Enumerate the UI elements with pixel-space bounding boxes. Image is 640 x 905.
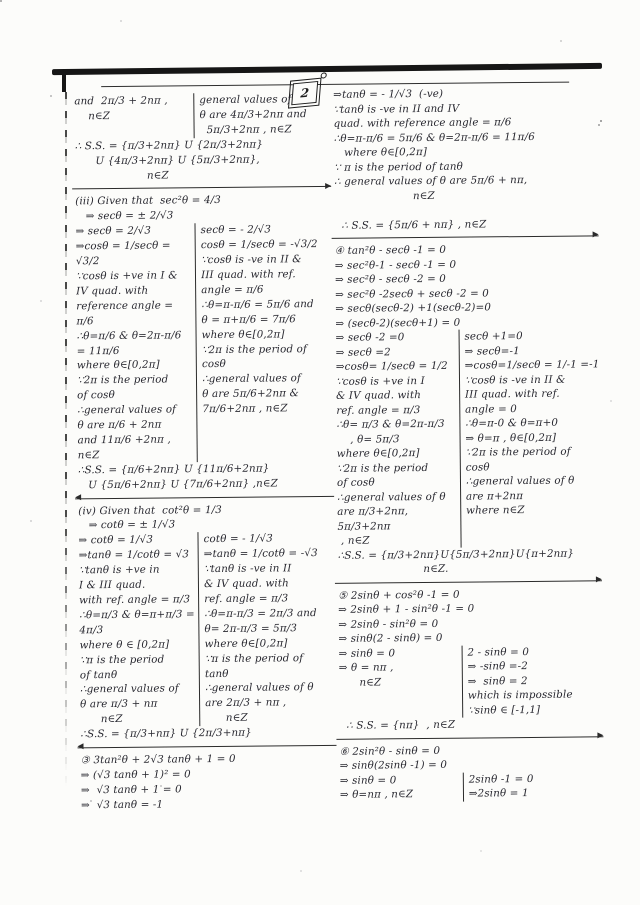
handwritten-line: where θ∈[0,2π] (202, 326, 333, 342)
case-left: ⇒ secθ -2 =0⇒ secθ =2⇒cosθ= 1/secθ = 1/2… (336, 330, 461, 549)
handwritten-line: ∵π is the period of (205, 650, 336, 666)
case-split: ⇒ secθ = 2/√3⇒cosθ = 1/secθ = √3/2∵cosθ … (75, 222, 333, 463)
case-left: ⇒ secθ = 2/√3⇒cosθ = 1/secθ = √3/2∵cosθ … (75, 223, 196, 463)
handwritten-line: ⇒2sinθ = 1 (469, 785, 604, 801)
case-split: ⇒ sinθ = 0⇒ θ = nπ , n∈Z2 - sinθ = 0⇒ -s… (339, 644, 604, 719)
handwritten-line: n∈Z (80, 711, 196, 727)
handwritten-line: where θ∈[0,2π] (205, 636, 336, 652)
handwritten-line: ∵2π is the period of (465, 444, 600, 460)
handwritten-line: ⇒tanθ = 1/cotθ = -√3 (204, 546, 335, 562)
handwritten-line: n∈Z (339, 674, 459, 690)
handwritten-line: I & III quad. (79, 577, 195, 593)
scanned-notebook-page: 2 and 2π/3 + 2nπ , n∈Zgeneral values ofθ… (0, 0, 640, 905)
handwritten-line: 2 - sinθ = 0 (467, 644, 602, 660)
handwritten-line: ∴θ=π-π/6 = 5π/6 and (201, 297, 332, 313)
handwritten-line: ref. angle = π/3 (336, 402, 456, 418)
handwritten-line: 5π/3+2nπ , n∈Z (200, 122, 331, 138)
page-content: 2 and 2π/3 + 2nπ , n∈Zgeneral values ofθ… (0, 0, 640, 905)
handwritten-line: angle = π/6 (201, 282, 332, 298)
handwritten-line: ⇒ θ=nπ , n∈Z (340, 787, 460, 803)
handwritten-line: with ref. angle = π/3 (79, 592, 195, 608)
handwritten-line: ⇒ cotθ = 1/√3 (78, 533, 194, 549)
case-right: secθ +1=0⇒ secθ=-1⇒cosθ=1/secθ = 1/-1 =-… (458, 328, 601, 547)
handwritten-line: θ are 5π/6+2nπ & (202, 386, 333, 402)
scan-noise-specks (0, 0, 2, 2)
handwritten-line: ⇒ secθ = 2/√3 (75, 223, 191, 239)
handwritten-line: ⇒ secθ -2 =0 (336, 330, 456, 346)
handwritten-line: ∵cosθ is -ve in II & (201, 252, 332, 268)
case-right: cotθ = - 1/√3⇒tanθ = 1/cotθ = -√3∵tanθ i… (198, 531, 337, 726)
handwritten-line: are 2π/3 + nπ , (205, 695, 336, 711)
handwritten-line: ∵π is the period (80, 652, 196, 668)
handwritten-line: n∈Z. (338, 560, 602, 577)
handwritten-line: ∵2π is the period (337, 460, 457, 476)
handwritten-line: are π/3+2nπ, 5π/3+2nπ (337, 504, 457, 534)
handwritten-line: ∴ S.S. = {nπ} , n∈Z (339, 716, 603, 733)
handwritten-line: ∴general values of (80, 682, 196, 698)
handwritten-line: ∵2π is the period (77, 373, 193, 389)
handwritten-line: & IV quad. with (336, 388, 456, 404)
case-right: secθ = - 2/√3cosθ = 1/secθ = -√3/2∵cosθ … (195, 222, 334, 462)
handwritten-line: IV quad. with (76, 283, 192, 299)
handwritten-line: cosθ = 1/secθ = -√3/2 (201, 237, 332, 253)
section-divider (75, 495, 334, 498)
handwritten-line: III quad. with ref. (201, 267, 332, 283)
handwritten-line: ∴θ= π/3 & θ=2π-π/3 (336, 417, 456, 433)
case-split: ⇒ cotθ = 1/√3⇒tanθ = 1/cotθ = √3∵tanθ is… (78, 531, 336, 727)
case-right: general values ofθ are 4π/3+2nπ and 5π/3… (193, 92, 330, 138)
case-split: ⇒ sinθ = 0⇒ θ=nπ , n∈Z2sinθ -1 = 0⇒2sinθ… (340, 771, 604, 803)
handwritten-line: ∴θ=π/3 & θ=π+π/3 = 4π/3 (79, 607, 195, 638)
handwritten-line: ∵tanθ is +ve in (79, 562, 195, 578)
handwritten-line: ∴S.S. = {π/3+2nπ}U{5π/3+2nπ}U{π+2nπ} (338, 546, 602, 563)
handwritten-line: ⇒ θ=π , θ∈[0,2π] (465, 430, 600, 446)
case-right: 2 - sinθ = 0⇒ -sinθ =-2⇒ sinθ = 2which i… (461, 644, 603, 718)
handwritten-line: ⇒ sinθ = 0 (340, 772, 460, 788)
handwritten-line: ⇒ √3 tanθ = -1 (81, 796, 337, 813)
case-split: and 2π/3 + 2nπ , n∈Zgeneral values ofθ a… (74, 92, 330, 139)
case-left: ⇒ sinθ = 0⇒ θ = nπ , n∈Z (339, 645, 463, 719)
handwritten-line: and 11π/6 +2nπ , n∈Z (78, 432, 194, 463)
handwritten-line: III quad. with ref. (465, 386, 600, 402)
handwritten-line: ∴θ=π/6 & θ=2π-π/6 = 11π/6 (76, 328, 192, 359)
handwritten-line: ∴θ=π-π/3 = 2π/3 and (204, 606, 335, 622)
handwritten-line: 2sinθ -1 = 0 (469, 771, 604, 787)
handwritten-line: θ are π/3 + nπ (80, 697, 196, 713)
handwritten-line: ⇒ θ = nπ , (339, 660, 459, 676)
handwritten-line: ⇒cosθ=1/secθ = 1/-1 =-1 (465, 357, 600, 373)
handwritten-line: n∈Z (74, 108, 190, 124)
handwritten-line: ⇒tanθ = 1/cotθ = √3 (79, 547, 195, 563)
right-column: ⇒tanθ = - 1/√3 (-ve)∵tanθ is -ve in II a… (333, 85, 604, 802)
handwritten-line: ⇒ sinθ = 0 (339, 645, 459, 661)
handwritten-line: ∵cosθ is +ve in I & (76, 268, 192, 284)
handwritten-line: ∴general values of (202, 371, 333, 387)
handwritten-line: ⇒ -sinθ =-2 (468, 658, 603, 674)
section-divider (332, 235, 599, 239)
section-divider (78, 745, 337, 748)
handwritten-line: where θ ∈ [0,2π] (79, 637, 195, 653)
handwritten-line: ref. angle = π/3 (204, 591, 335, 607)
handwritten-line: , n∈Z (337, 533, 457, 549)
handwritten-line: ⇒cosθ = 1/secθ = √3/2 (76, 238, 192, 269)
section-divider (336, 736, 603, 740)
handwritten-line: ⇒ secθ =2 (336, 344, 456, 360)
handwritten-line: 7π/6+2nπ , n∈Z (202, 401, 333, 417)
handwritten-line: & IV quad. with (204, 576, 335, 592)
handwritten-line: U {5π/6+2nπ} U {7π/6+2nπ} ,n∈Z (78, 476, 334, 493)
section-divider (335, 580, 602, 584)
handwritten-line: , θ= 5π/3 (337, 431, 457, 447)
handwritten-line: where n∈Z (466, 502, 601, 518)
handwritten-line: where θ∈[0,2π] (77, 358, 193, 374)
handwritten-line: ∴general values of (77, 402, 193, 418)
handwritten-line: ⇒cosθ= 1/secθ = 1/2 (336, 359, 456, 375)
handwritten-line: θ = π+π/6 = 7π/6 (201, 312, 332, 328)
handwritten-line: of cosθ (77, 387, 193, 403)
handwritten-line: ∴general values of θ (205, 680, 336, 696)
handwritten-line: ∵sinθ ∈ [-1,1] (468, 702, 603, 718)
handwritten-line: ∵cosθ is +ve in I (336, 373, 456, 389)
handwritten-line: ∴S.S. = {π/3+nπ} U {2π/3+nπ} (80, 725, 336, 742)
handwritten-line: of tanθ (80, 667, 196, 683)
handwritten-line: ∵cosθ is -ve in II & (465, 372, 600, 388)
handwritten-line: reference angle = π/6 (76, 298, 192, 329)
handwritten-line: ∵2π is the period of cosθ (202, 341, 333, 372)
handwritten-line: ⇒ secθ=-1 (465, 343, 600, 359)
section-divider (72, 186, 331, 189)
handwritten-line: where θ∈[0,2π] (337, 446, 457, 462)
handwritten-line: angle = 0 (465, 401, 600, 417)
handwritten-line: ∴ S.S. = {5π/6 + nπ} , n∈Z (334, 216, 598, 233)
handwritten-line: n∈Z (75, 166, 331, 183)
case-split: ⇒ secθ -2 =0⇒ secθ =2⇒cosθ= 1/secθ = 1/2… (336, 328, 602, 548)
handwritten-line: secθ = - 2/√3 (201, 222, 332, 238)
left-column: and 2π/3 + 2nπ , n∈Zgeneral values ofθ a… (74, 92, 337, 813)
handwritten-line: which is impossible (468, 687, 603, 703)
handwritten-line: θ= 2π-π/3 = 5π/3 (204, 621, 335, 637)
handwritten-line: general values of (199, 92, 330, 108)
handwritten-line: cotθ = - 1/√3 (204, 531, 335, 547)
handwritten-line: ⇒ sinθ = 2 (468, 673, 603, 689)
handwritten-line: θ are π/6 + 2nπ (77, 417, 193, 433)
handwritten-line: ∵tanθ is -ve in II (204, 561, 335, 577)
handwritten-line: cosθ (466, 459, 601, 475)
handwritten-line: of cosθ (337, 475, 457, 491)
case-left: ⇒ cotθ = 1/√3⇒tanθ = 1/cotθ = √3∵tanθ is… (78, 533, 199, 728)
handwritten-line: ∴general values of θ (466, 473, 601, 489)
case-left: ⇒ sinθ = 0⇒ θ=nπ , n∈Z (340, 772, 463, 802)
handwritten-line: and 2π/3 + 2nπ , (74, 93, 190, 109)
handwritten-line: secθ +1=0 (464, 328, 599, 344)
case-left: and 2π/3 + 2nπ , n∈Z (74, 93, 194, 139)
handwritten-line: ∴θ=π-0 & θ=π+0 (465, 415, 600, 431)
handwritten-line: ∴general values of θ (337, 489, 457, 505)
handwritten-line: θ are 4π/3+2nπ and (199, 107, 330, 123)
handwritten-line: tanθ (205, 665, 336, 681)
handwritten-line: n∈Z (205, 710, 336, 726)
handwritten-line: are π+2nπ (466, 488, 601, 504)
case-right: 2sinθ -1 = 0⇒2sinθ = 1 (463, 771, 604, 801)
